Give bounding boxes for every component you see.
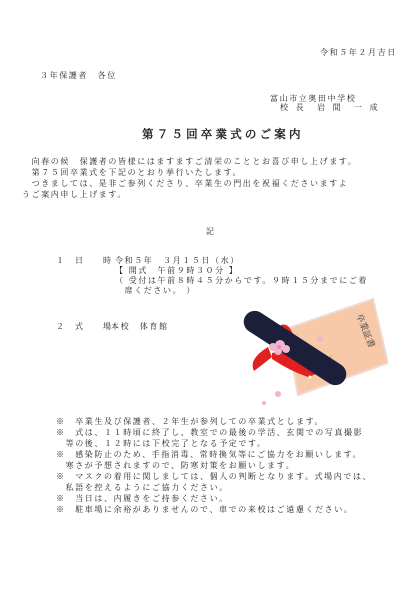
ki-heading: 記	[206, 227, 216, 237]
page-title: 第７５回卒業式のご案内	[142, 129, 304, 139]
issue-date: 令和５年２月吉日	[320, 48, 397, 58]
note-line: ※ 式は、１１時頃に終了し、教室での最後の学活、玄関での写真撮影	[56, 428, 363, 438]
reception-note: （ 受付は午前８時４５分からです。９時１５分までにご着	[115, 276, 368, 286]
greeting-line: 第７５回卒業式を下記のとおり挙行いたします。	[22, 168, 242, 178]
note-line: 等の後、１２時には下校完了となる予定です。	[56, 439, 267, 449]
note-line: ※ マスクの着用に関しましては、個人の判断となります。式場内では、	[56, 472, 372, 482]
greeting-line: 向春の候 保護者の皆様にはますますご清栄のこととお喜び申し上げます。	[22, 157, 357, 167]
item-number: ２	[56, 322, 66, 332]
item-label: 日 時	[75, 256, 117, 266]
greeting-line: つきましては、是非ご参列くださり、卒業生の門出を祝福くださいますよ	[22, 179, 348, 189]
note-line: ※ 感染防止のため、手指消毒、常時換気等にご協力をお願いします。	[56, 450, 362, 460]
venue: 本校 体育館	[111, 322, 169, 332]
note-line: ※ 駐車場に余裕がありませんので、車での来校はご遠慮ください。	[56, 505, 353, 515]
event-date: 令和５年 ３月１５日（水）	[115, 256, 240, 266]
item-number: １	[56, 256, 66, 266]
recipient: ３年保護者 各位	[40, 71, 117, 81]
principal-name: 校 長 岩 間 一 成	[280, 103, 380, 113]
greeting-line: うご案内申し上げます。	[22, 190, 127, 200]
diploma-scroll-illustration: 卒業証書	[228, 297, 388, 412]
opening-time: 【 開式 午前９時３０分 】	[115, 266, 239, 276]
note-line: ※ 卒業生及び保護者、２年生が参列しての卒業式とします。	[56, 417, 324, 427]
note-line: 寒さが予想されますので、防寒対策をお願いします。	[56, 461, 295, 471]
note-line: 私語を控えるようにご協力ください。	[56, 483, 229, 493]
reception-note: 席ください。 ）	[115, 286, 196, 296]
note-line: ※ 当日は、内履きをご持参ください。	[56, 494, 229, 504]
